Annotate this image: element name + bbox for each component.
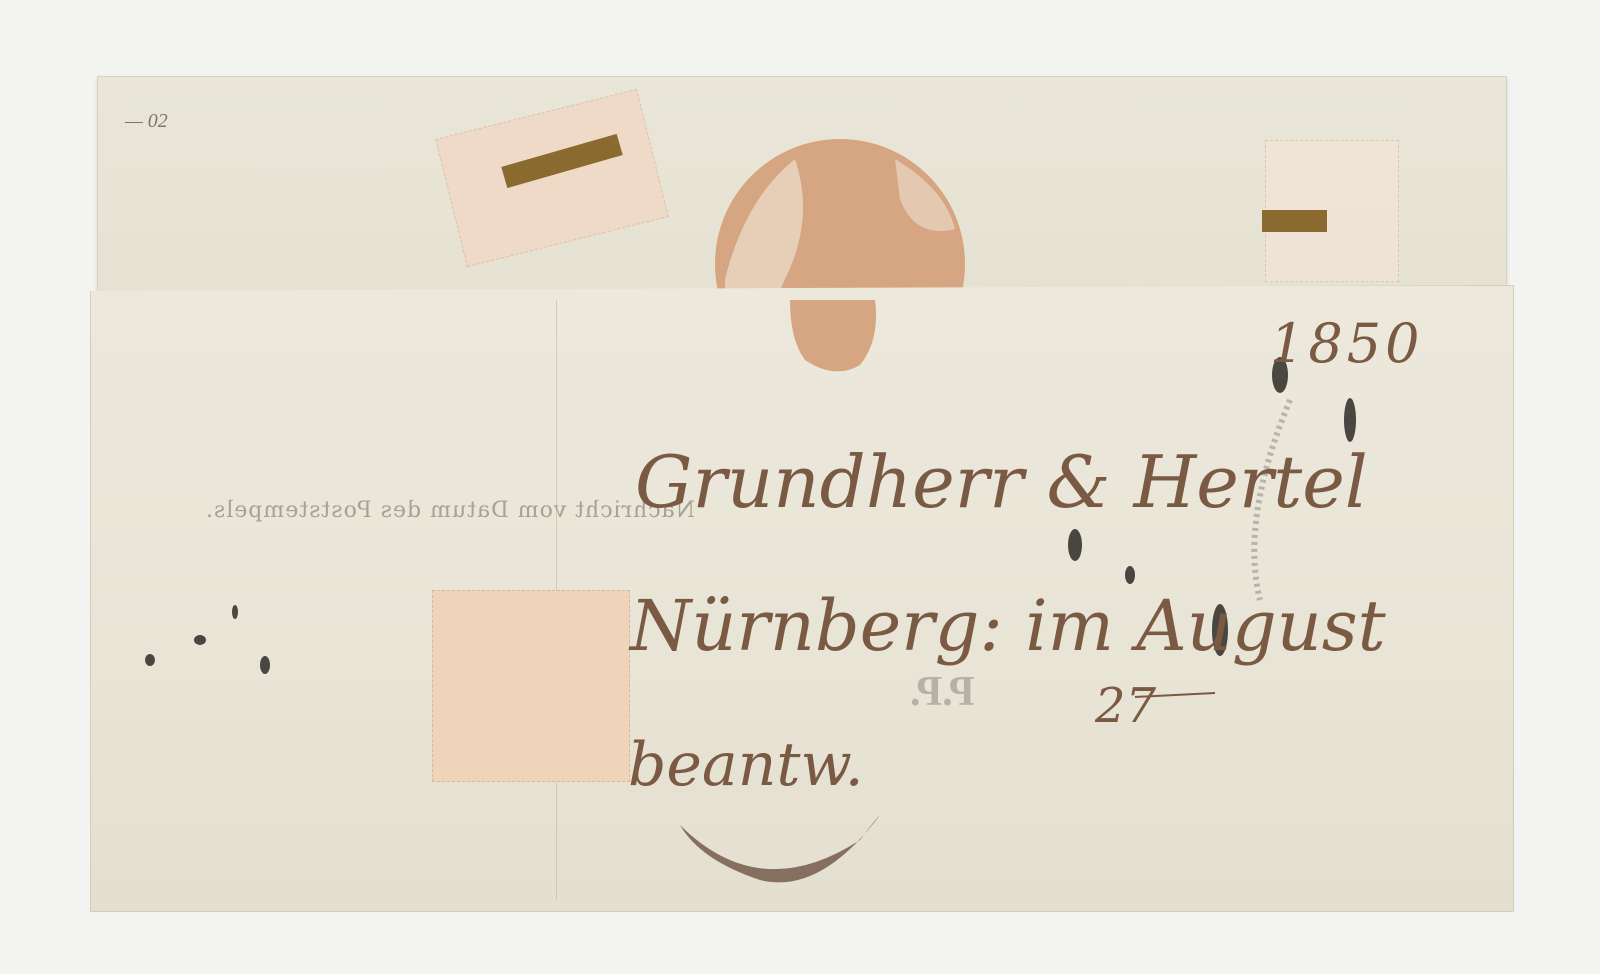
pencil-note: — 02 <box>125 110 168 133</box>
handwritten-line-2: Nürnberg: im August <box>630 585 1386 667</box>
gold-residue-top-right <box>1262 210 1327 232</box>
handwritten-line-3: beantw. <box>628 730 864 800</box>
printed-text-mirrored: Nachricht vom Datum des Poststempels. <box>205 498 695 523</box>
stamp-remnant-lower-left <box>432 590 630 782</box>
handwritten-fraction: 27 <box>1095 678 1156 734</box>
mirrored-stamp-letters: P.P. <box>910 668 975 716</box>
handwritten-line-1: Grundherr & Hertel <box>635 440 1368 524</box>
handwritten-year: 1850 <box>1270 312 1423 375</box>
